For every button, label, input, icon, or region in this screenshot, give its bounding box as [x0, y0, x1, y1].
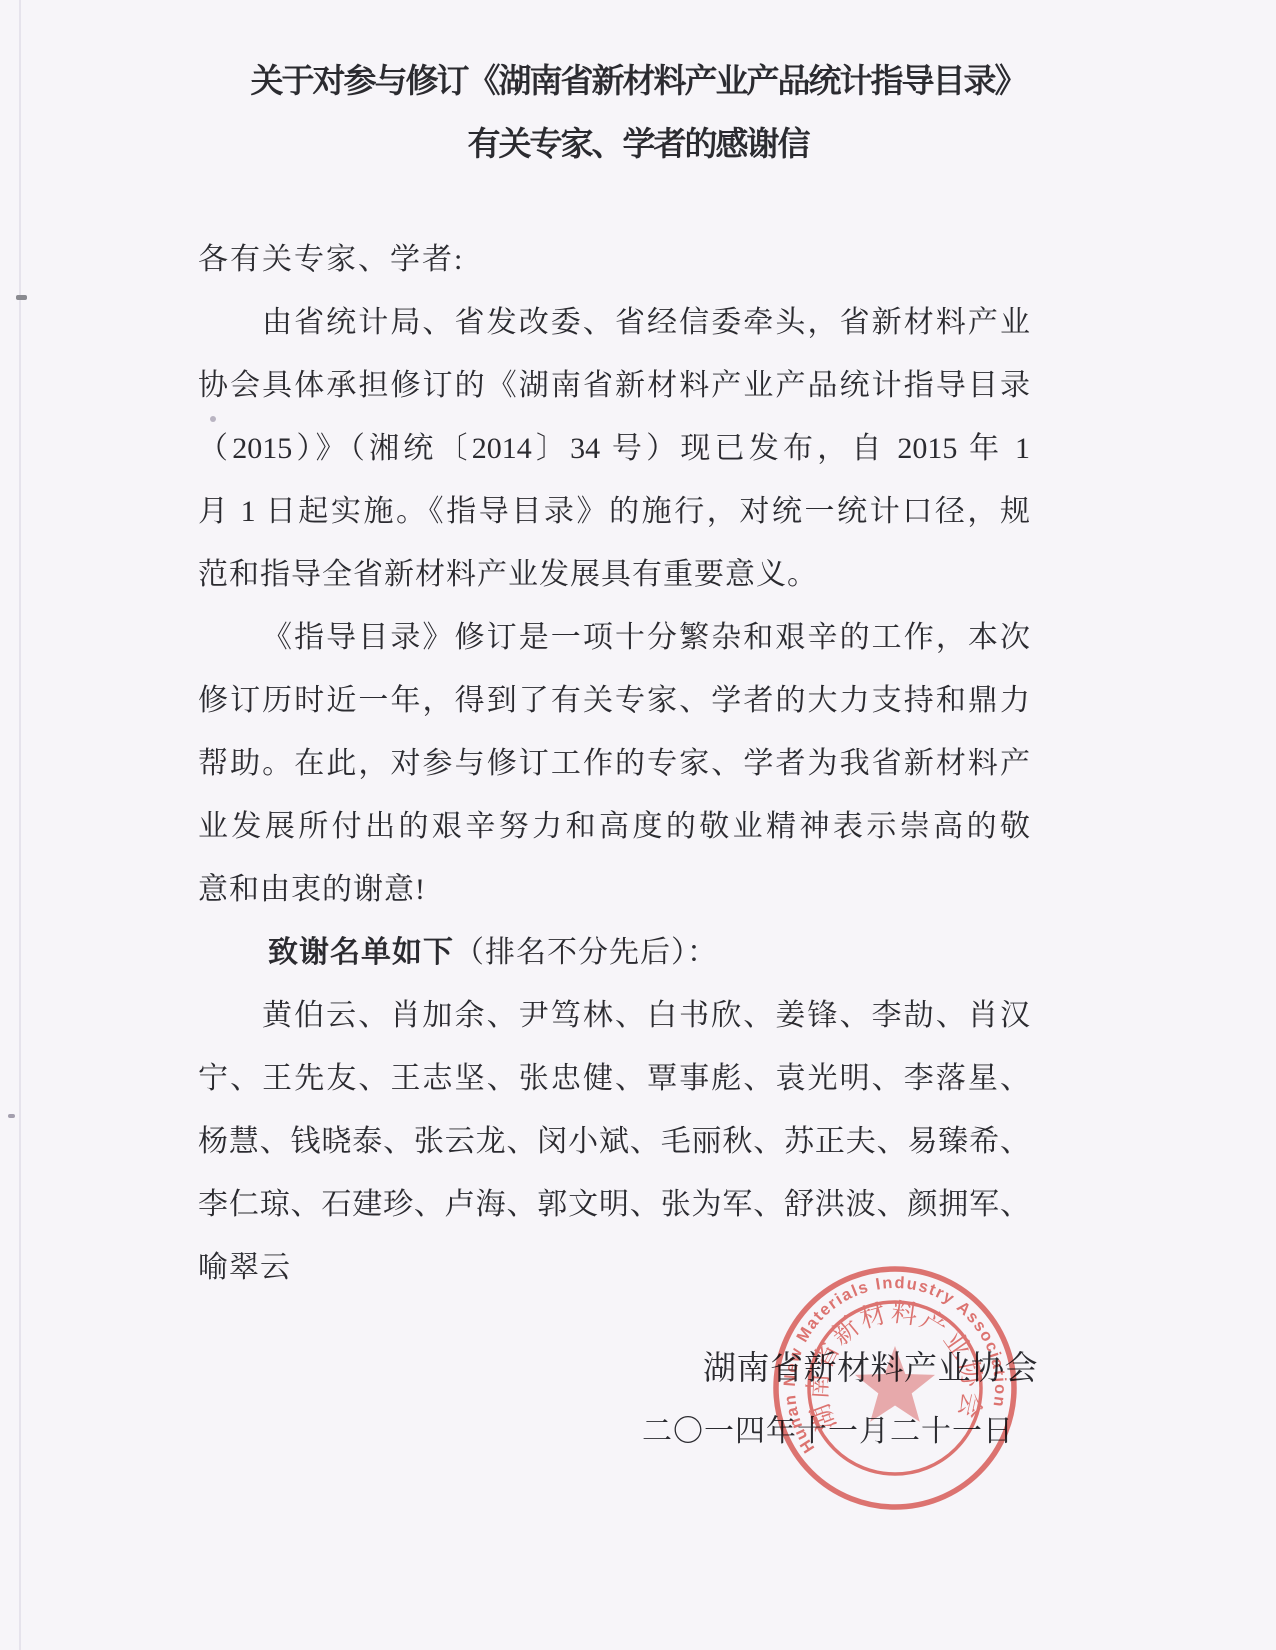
letter-line: 各有关专家、学者: [198, 228, 1030, 291]
letter-line: 由省统计局、省发改委、省经信委牵头，省新材料产业 [198, 291, 1030, 354]
letter-line: 宁、王先友、王志坚、张忠健、覃事彪、袁光明、李落星、 [198, 1047, 1030, 1110]
official-seal-stamp: Hunan New Materials Industry Association… [770, 1263, 1020, 1513]
letter-line: 意和由衷的谢意! [198, 858, 1030, 921]
list-heading-rest: （排名不分先后）： [454, 936, 718, 969]
letter-title-line1: 关于对参与修订《湖南省新材料产业产品统计指导目录》 [0, 58, 1276, 106]
letter-title-line2: 有关专家、学者的感谢信 [0, 121, 1276, 169]
letter-line: （2015）》（湘统〔2014〕34 号）现已发布，自 2015 年 1 [198, 417, 1030, 480]
letter-line: 杨慧、钱晓泰、张云龙、闵小斌、毛丽秋、苏正夫、易臻希、 [198, 1110, 1030, 1173]
letter-line: 黄伯云、肖加余、尹笃林、白书欣、姜锋、李劼、肖汉 [198, 984, 1030, 1047]
letter-line: 月 1 日起实施。《指导目录》的施行，对统一统计口径，规 [198, 480, 1030, 543]
star-icon [855, 1346, 935, 1422]
scan-speck [16, 295, 27, 300]
letter-line: 李仁琼、石建珍、卢海、郭文明、张为军、舒洪波、颜拥军、 [198, 1173, 1030, 1236]
scan-edge-line [19, 0, 21, 1650]
list-heading-bold: 致谢名单如下 [268, 936, 454, 969]
letter-line: 帮助。在此，对参与修订工作的专家、学者为我省新材料产 [198, 732, 1030, 795]
letter-line: 《指导目录》修订是一项十分繁杂和艰辛的工作，本次 [198, 606, 1030, 669]
scanned-letter-page: 关于对参与修订《湖南省新材料产业产品统计指导目录》 有关专家、学者的感谢信 各有… [0, 0, 1276, 1650]
scan-speck [8, 1114, 15, 1118]
letter-body: 各有关专家、学者:由省统计局、省发改委、省经信委牵头，省新材料产业协会具体承担修… [198, 228, 1030, 1299]
letter-line: 范和指导全省新材料产业发展具有重要意义。 [198, 543, 1030, 606]
letter-line: 致谢名单如下（排名不分先后）： [198, 921, 1030, 984]
letter-line: 业发展所付出的艰辛努力和高度的敬业精神表示崇高的敬 [198, 795, 1030, 858]
letter-line: 修订历时近一年，得到了有关专家、学者的大力支持和鼎力 [198, 669, 1030, 732]
letter-line: 协会具体承担修订的《湖南省新材料产业产品统计指导目录 [198, 354, 1030, 417]
